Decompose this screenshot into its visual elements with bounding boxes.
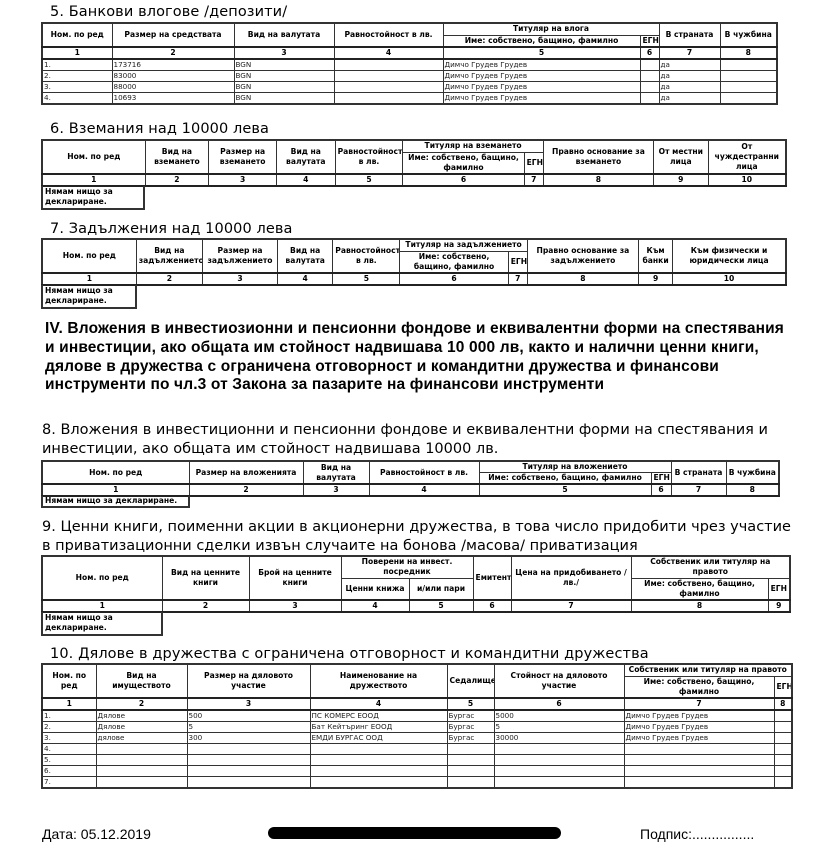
col-number: 8: [543, 174, 653, 186]
cell: Димчо Грудев Грудев: [624, 710, 774, 722]
col-header: В страната: [671, 461, 726, 484]
table-row: 4. 10693 BGN Димчо Грудев Грудев да: [42, 93, 777, 105]
col-number: 7: [524, 174, 543, 186]
receivables-empty-note: Нямам нищо за деклариране.: [41, 186, 145, 210]
col-group-header: Поверени на инвест. посредник: [341, 556, 473, 578]
table-row: 4.: [42, 744, 792, 755]
col-number: 10: [708, 174, 786, 186]
cell: [774, 733, 792, 744]
securities-empty-note: Нямам нищо за деклариране.: [41, 612, 163, 636]
col-header: Размер на средствата: [112, 23, 234, 47]
col-number: 6: [640, 47, 659, 59]
cell: [640, 59, 659, 71]
cell: 300: [187, 733, 310, 744]
col-header: Ном. по ред: [42, 461, 189, 484]
col-header: Име: собствено, бащино, фамилно: [443, 35, 640, 47]
col-number: 2: [145, 174, 209, 186]
col-header: ЕГН: [508, 251, 527, 273]
col-number: 6: [473, 600, 511, 612]
col-header: ЕГН: [524, 152, 543, 174]
cell: 173716: [112, 59, 234, 71]
cell: BGN: [234, 71, 334, 82]
section-7-title: 7. Задължения над 10000 лева: [50, 221, 293, 237]
nothing-to-declare: Нямам нищо за деклариране.: [42, 285, 136, 308]
col-number: 1: [42, 698, 96, 710]
col-number: 7: [624, 698, 774, 710]
cell: 3.: [42, 733, 96, 744]
cell: [720, 59, 777, 71]
col-number: 5: [443, 47, 640, 59]
section-9-title: 9. Ценни книги, поименни акции в акционе…: [42, 518, 802, 556]
cell: Бургас: [447, 733, 494, 744]
col-header: Име: собствено, бащино, фамилно: [403, 152, 524, 174]
col-header: Вид на ценните книги: [162, 556, 249, 600]
table-row: 1. 173716 BGN Димчо Грудев Грудев да: [42, 59, 777, 71]
col-header: Вид на валутата: [234, 23, 334, 47]
cell: [774, 755, 792, 766]
cell: [334, 82, 443, 93]
cell: BGN: [234, 59, 334, 71]
col-number: 7: [508, 273, 527, 285]
col-number: 5: [333, 273, 400, 285]
col-group-header: Титуляр на задължението: [400, 239, 527, 251]
col-number: 3: [234, 47, 334, 59]
cell: 83000: [112, 71, 234, 82]
col-header: Размер на задължението: [202, 239, 277, 273]
col-header: Размер на дяловото участие: [187, 664, 310, 698]
investments-table: Ном. по ред Размер на вложенията Вид на …: [41, 460, 780, 497]
col-header: Брой на ценните книги: [249, 556, 341, 600]
cell: [640, 71, 659, 82]
col-number: 5: [409, 600, 473, 612]
col-group-header: Титуляр на влога: [443, 23, 659, 35]
cell: 2.: [42, 71, 112, 82]
table-row: 5.: [42, 755, 792, 766]
col-number: 8: [774, 698, 792, 710]
table-row: 1. Дялове 500 ПС КОМЕРС ЕООД Бургас 5000…: [42, 710, 792, 722]
cell: Дялове: [96, 710, 187, 722]
cell: [624, 744, 774, 755]
col-header: Ном. по ред: [42, 140, 145, 174]
signature-line: Подпис:................: [640, 826, 754, 842]
col-header: Вид на вземането: [145, 140, 209, 174]
cell: 5: [494, 722, 624, 733]
cell: да: [659, 82, 720, 93]
cell: [640, 82, 659, 93]
col-number: 1: [42, 47, 112, 59]
cell: [187, 744, 310, 755]
col-header: Вид на валутата: [276, 140, 335, 174]
cell: [494, 755, 624, 766]
cell: [720, 82, 777, 93]
col-number: 8: [527, 273, 638, 285]
col-number: 1: [42, 174, 145, 186]
section-10-title: 10. Дялове в дружества с ограничена отго…: [50, 646, 649, 662]
col-number: 9: [654, 174, 709, 186]
cell: BGN: [234, 82, 334, 93]
col-group-header: Собственик или титуляр на правото: [631, 556, 790, 578]
redaction-bar: [268, 827, 561, 839]
col-header: Равностойност в лв.: [369, 461, 479, 484]
cell: [334, 59, 443, 71]
cell: [96, 766, 187, 777]
col-number: 2: [112, 47, 234, 59]
nothing-to-declare: Нямам нищо за деклариране.: [42, 612, 162, 635]
cell: 30000: [494, 733, 624, 744]
col-header: ЕГН: [640, 35, 659, 47]
cell: ПС КОМЕРС ЕООД: [310, 710, 447, 722]
investments-empty-note: Нямам нищо за деклариране.: [41, 496, 190, 508]
col-number: 5: [447, 698, 494, 710]
col-header: Ном. по ред: [42, 239, 136, 273]
col-header: Към банки: [639, 239, 673, 273]
cell: 88000: [112, 82, 234, 93]
col-number: 4: [341, 600, 409, 612]
col-header: Вид на имуществото: [96, 664, 187, 698]
col-number: 4: [334, 47, 443, 59]
cell: [310, 777, 447, 789]
col-number: 3: [209, 174, 277, 186]
cell: Димчо Грудев Грудев: [443, 93, 640, 105]
col-header: Вид на валутата: [303, 461, 369, 484]
cell: 1.: [42, 710, 96, 722]
col-header: От местни лица: [654, 140, 709, 174]
cell: [310, 755, 447, 766]
col-number: 7: [659, 47, 720, 59]
table-row: 6.: [42, 766, 792, 777]
col-group-header: Собственик или титуляр на правото: [624, 664, 792, 676]
col-header: В чужбина: [720, 23, 777, 47]
cell: дялове: [96, 733, 187, 744]
cell: Бургас: [447, 710, 494, 722]
cell: [774, 766, 792, 777]
col-number: 9: [639, 273, 673, 285]
col-header: ЕГН: [774, 676, 792, 698]
cell: Димчо Грудев Грудев: [624, 722, 774, 733]
col-header: Наименование на дружеството: [310, 664, 447, 698]
cell: [720, 93, 777, 105]
cell: [640, 93, 659, 105]
cell: 1.: [42, 59, 112, 71]
cell: [310, 744, 447, 755]
col-number: 5: [335, 174, 403, 186]
col-header: Равностойност в лв.: [335, 140, 403, 174]
liabilities-empty-note: Нямам нищо за деклариране.: [41, 285, 137, 309]
col-number: 6: [403, 174, 524, 186]
cell: 4.: [42, 744, 96, 755]
col-header: Емитент: [473, 556, 511, 600]
col-number: 7: [511, 600, 631, 612]
col-number: 4: [369, 484, 479, 496]
col-number: 2: [162, 600, 249, 612]
col-header: Ном. по ред: [42, 556, 162, 600]
cell: Димчо Грудев Грудев: [624, 733, 774, 744]
cell: [774, 744, 792, 755]
col-number: 3: [187, 698, 310, 710]
cell: [334, 93, 443, 105]
cell: [96, 777, 187, 789]
col-number: 10: [673, 273, 786, 285]
cell: [96, 744, 187, 755]
col-header: Равностойност в лв.: [333, 239, 400, 273]
cell: 10693: [112, 93, 234, 105]
table-row: 7.: [42, 777, 792, 789]
table-row: 3. дялове 300 ЕМДИ БУРГАС ООД Бургас 300…: [42, 733, 792, 744]
col-number: 1: [42, 273, 136, 285]
col-header: Име: собствено, бащино, фамилно: [624, 676, 774, 698]
cell: [187, 777, 310, 789]
col-header: Вид на валутата: [278, 239, 333, 273]
col-header: Седалище: [447, 664, 494, 698]
cell: 500: [187, 710, 310, 722]
col-number: 5: [479, 484, 651, 496]
col-header: ЕГН: [651, 473, 671, 485]
cell: Димчо Грудев Грудев: [443, 71, 640, 82]
cell: [624, 766, 774, 777]
bank-deposits-table: Ном. по ред Размер на средствата Вид на …: [41, 22, 778, 105]
section-6-title: 6. Вземания над 10000 лева: [50, 121, 269, 137]
shares-table: Ном. по ред Вид на имуществото Размер на…: [41, 663, 793, 789]
cell: [774, 777, 792, 789]
col-number: 8: [631, 600, 768, 612]
col-number: 4: [276, 174, 335, 186]
nothing-to-declare: Нямам нищо за деклариране.: [42, 496, 189, 507]
cell: BGN: [234, 93, 334, 105]
cell: Димчо Грудев Грудев: [443, 59, 640, 71]
cell: да: [659, 71, 720, 82]
cell: 6.: [42, 766, 96, 777]
cell: [624, 777, 774, 789]
cell: 4.: [42, 93, 112, 105]
cell: Дялове: [96, 722, 187, 733]
col-number: 3: [303, 484, 369, 496]
liabilities-table: Ном. по ред Вид на задължението Размер н…: [41, 238, 787, 286]
cell: [310, 766, 447, 777]
col-header: Размер на вложенията: [189, 461, 303, 484]
cell: ЕМДИ БУРГАС ООД: [310, 733, 447, 744]
cell: Бургас: [447, 722, 494, 733]
declaration-date: Дата: 05.12.2019: [42, 826, 151, 842]
col-number: 2: [136, 273, 202, 285]
cell: [494, 744, 624, 755]
cell: [187, 755, 310, 766]
cell: 5: [187, 722, 310, 733]
section-5-title: 5. Банкови влогове /депозити/: [50, 4, 287, 20]
cell: 2.: [42, 722, 96, 733]
col-number: 6: [494, 698, 624, 710]
col-header: Размер на вземането: [209, 140, 277, 174]
cell: [494, 766, 624, 777]
cell: [494, 777, 624, 789]
col-header: Правно основание за задължението: [527, 239, 638, 273]
col-header: Вид на задължението: [136, 239, 202, 273]
col-number: 8: [720, 47, 777, 59]
table-row: 2. 83000 BGN Димчо Грудев Грудев да: [42, 71, 777, 82]
table-row: 2. Дялове 5 Бат Кейтъринг ЕООД Бургас 5 …: [42, 722, 792, 733]
col-number: 6: [651, 484, 671, 496]
col-header: Ном. по ред: [42, 664, 96, 698]
cell: да: [659, 59, 720, 71]
cell: [774, 710, 792, 722]
cell: [774, 722, 792, 733]
col-header: От чуждестранни лица: [708, 140, 786, 174]
col-header: Равностойност в лв.: [334, 23, 443, 47]
securities-table: Ном. по ред Вид на ценните книги Брой на…: [41, 555, 791, 613]
col-header: Цена на придобиването / лв./: [511, 556, 631, 600]
col-header: ЕГН: [768, 578, 790, 600]
nothing-to-declare: Нямам нищо за деклариране.: [42, 186, 144, 209]
col-number: 1: [42, 600, 162, 612]
cell: 5.: [42, 755, 96, 766]
col-header: В чужбина: [726, 461, 779, 484]
cell: [447, 755, 494, 766]
col-number: 9: [768, 600, 790, 612]
col-header: Име: собствено, бащино, фамилно: [479, 473, 651, 485]
col-number: 7: [671, 484, 726, 496]
section-8-title: 8. Вложения в инвестиционни и пенсионни …: [42, 421, 782, 459]
col-header: и/или пари: [409, 578, 473, 600]
part-4-heading: IV. Вложения в инвестиозионни и пенсионн…: [45, 320, 785, 395]
col-number: 1: [42, 484, 189, 496]
col-number: 2: [189, 484, 303, 496]
col-header: Име: собствено, бащино, фамилно: [631, 578, 768, 600]
col-number: 6: [400, 273, 508, 285]
cell: [447, 766, 494, 777]
cell: да: [659, 93, 720, 105]
cell: [720, 71, 777, 82]
col-number: 4: [278, 273, 333, 285]
cell: [187, 766, 310, 777]
cell: [624, 755, 774, 766]
cell: 5000: [494, 710, 624, 722]
col-number: 3: [249, 600, 341, 612]
cell: [334, 71, 443, 82]
receivables-table: Ном. по ред Вид на вземането Размер на в…: [41, 139, 787, 187]
col-number: 4: [310, 698, 447, 710]
col-group-header: Титуляр на вземането: [403, 140, 544, 152]
col-header: Име: собствено, бащино, фамилно: [400, 251, 508, 273]
col-number: 3: [202, 273, 277, 285]
col-header: Ценни книжа: [341, 578, 409, 600]
col-header: Правно основание за вземането: [543, 140, 653, 174]
cell: [96, 755, 187, 766]
cell: 7.: [42, 777, 96, 789]
cell: 3.: [42, 82, 112, 93]
col-group-header: Титуляр на вложението: [479, 461, 671, 473]
cell: Бат Кейтъринг ЕООД: [310, 722, 447, 733]
table-row: 3. 88000 BGN Димчо Грудев Грудев да: [42, 82, 777, 93]
col-number: 8: [726, 484, 779, 496]
cell: [447, 777, 494, 789]
col-header: Стойност на дяловото участие: [494, 664, 624, 698]
col-header: Към физически и юридически лица: [673, 239, 786, 273]
cell: [447, 744, 494, 755]
col-header: Ном. по ред: [42, 23, 112, 47]
cell: Димчо Грудев Грудев: [443, 82, 640, 93]
col-number: 2: [96, 698, 187, 710]
col-header: В страната: [659, 23, 720, 47]
